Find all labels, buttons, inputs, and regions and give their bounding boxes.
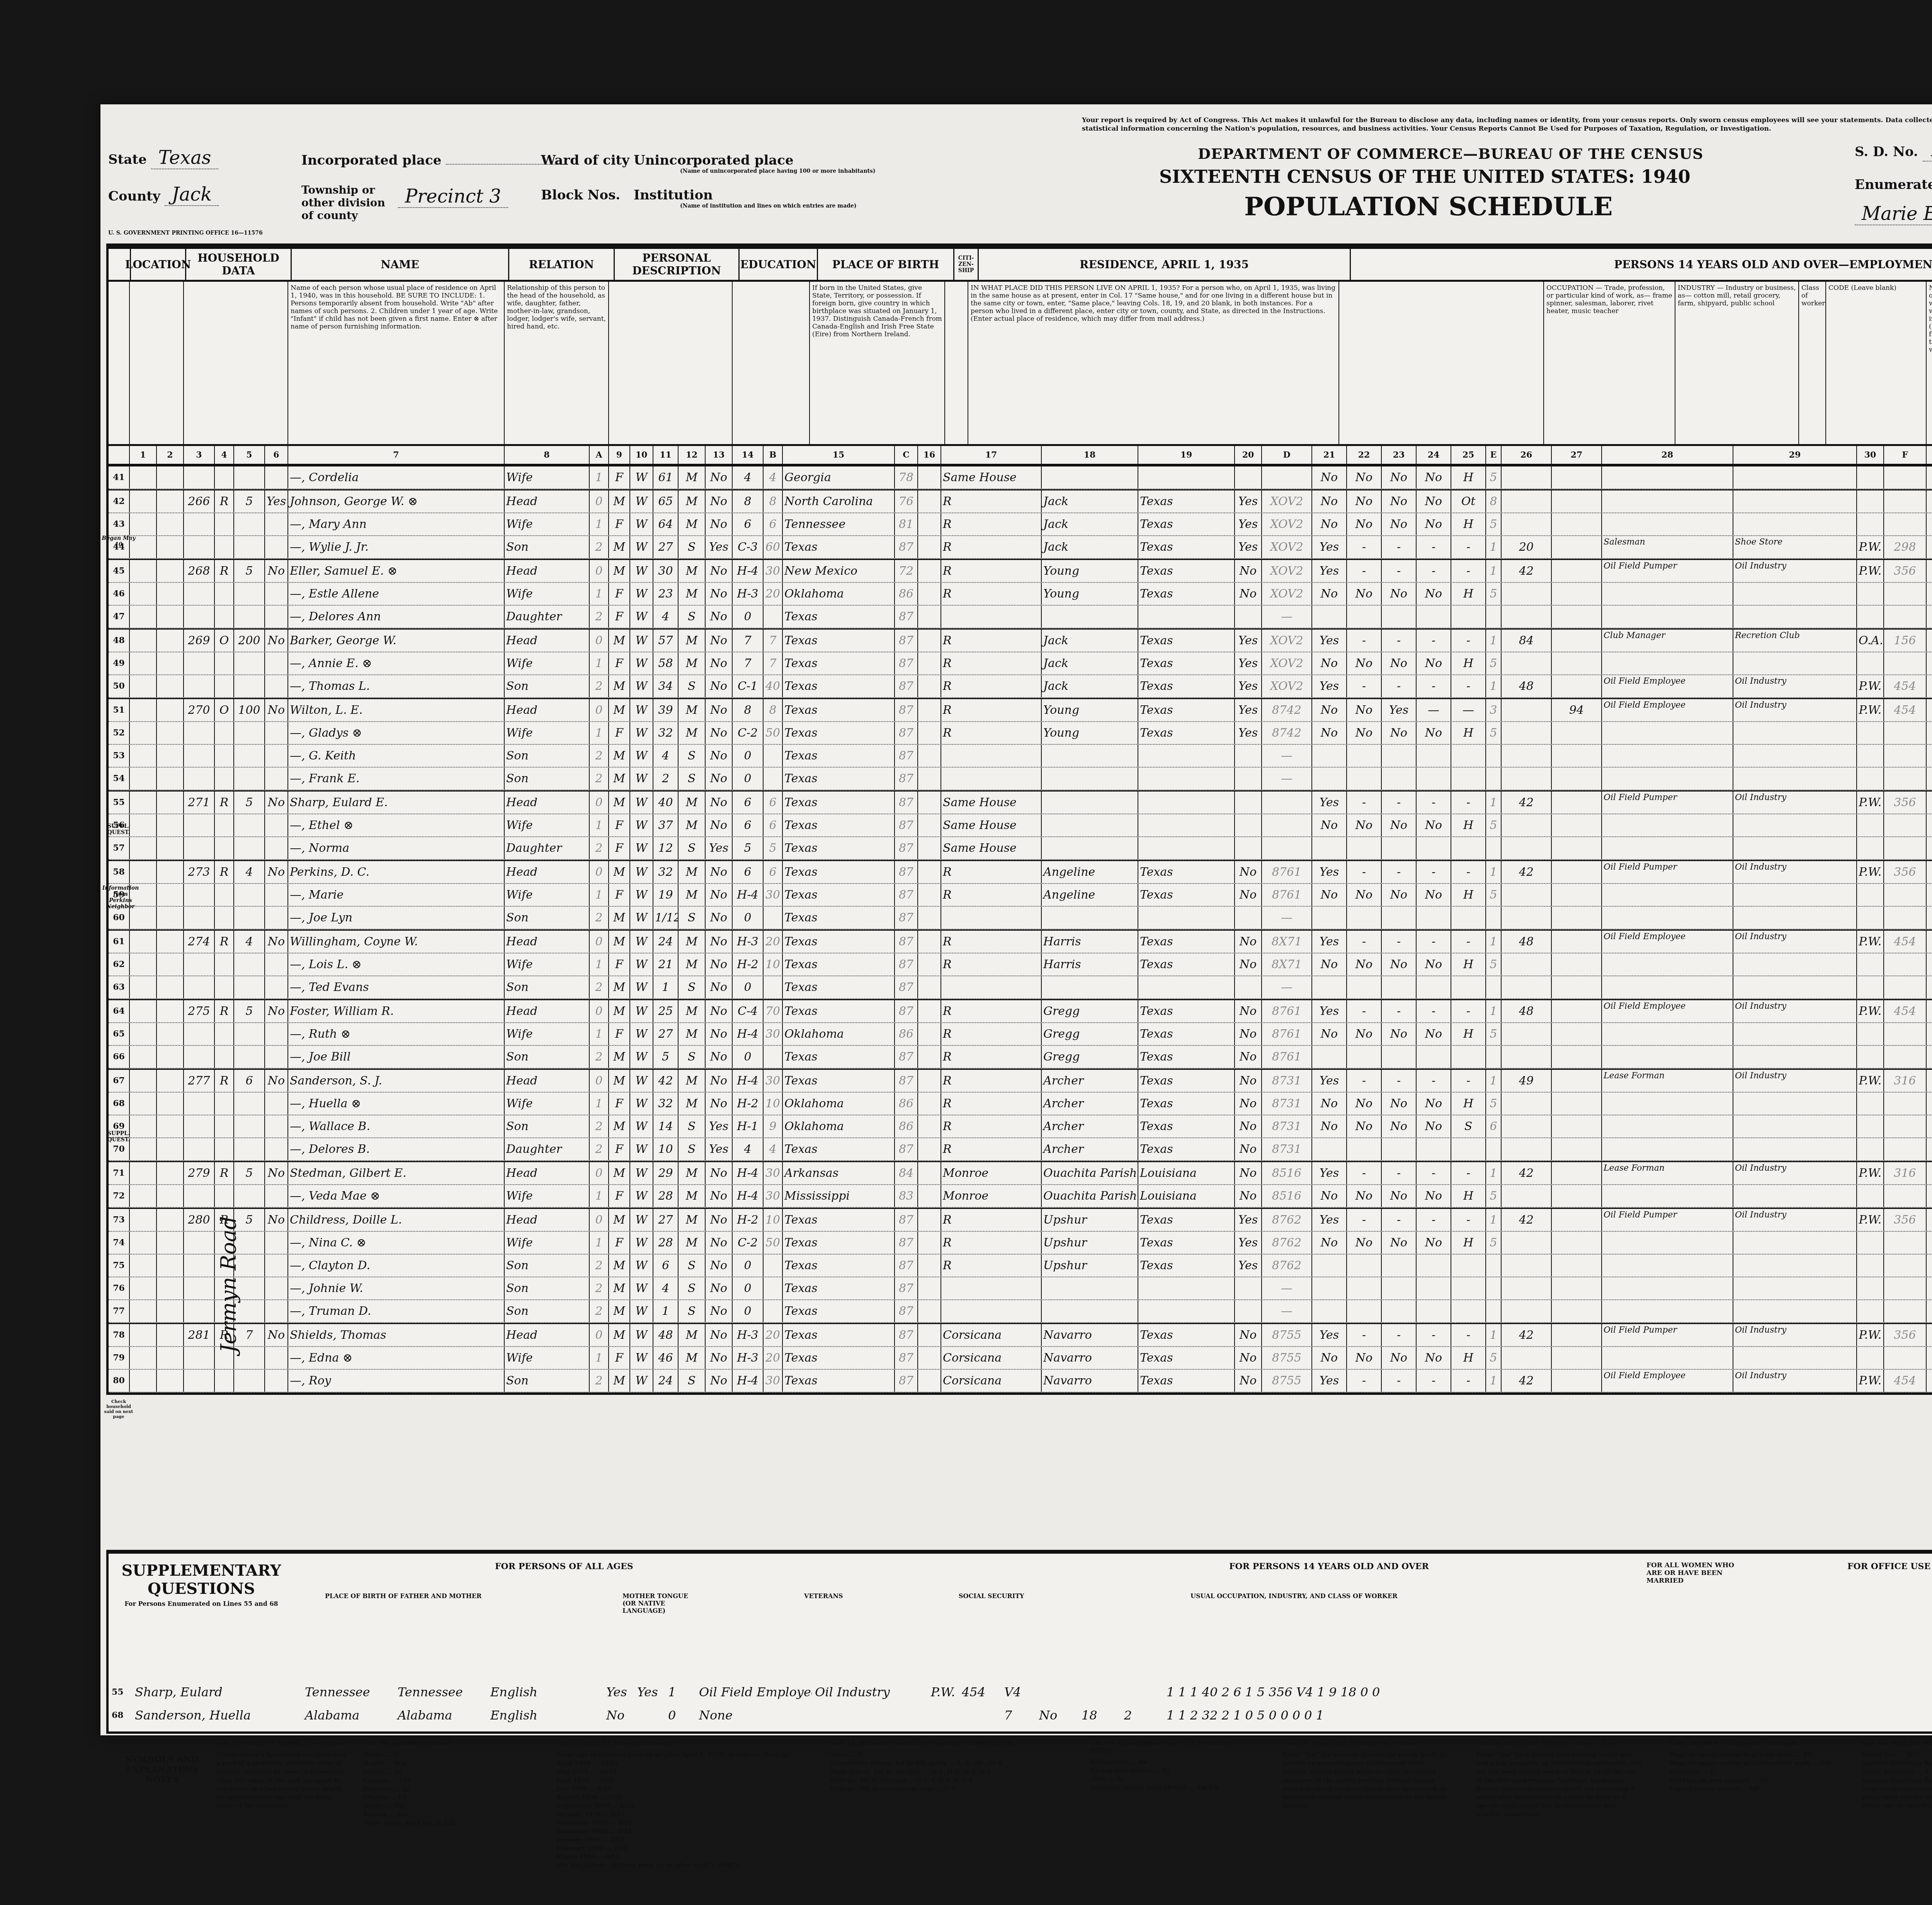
cell-bp-code: 87: [895, 652, 918, 674]
cell-line: 47: [109, 606, 130, 628]
note-item: Filipino ... Fil: [363, 1793, 533, 1801]
cell-res-city: R: [941, 1046, 1042, 1068]
cell-bp-code: 78: [895, 466, 918, 489]
cell-birthplace: New Mexico: [783, 560, 895, 582]
cell-class: [1857, 1138, 1884, 1160]
cell-race: W: [630, 931, 653, 953]
supp-cell-name: Sanderson, Huella: [132, 1704, 302, 1726]
cell-c25: S: [1451, 1115, 1486, 1137]
column-number: D: [1262, 446, 1312, 464]
cell-cit: [918, 1046, 941, 1068]
cell-c25: -: [1451, 560, 1486, 582]
cell-birthplace: Texas: [783, 1046, 895, 1068]
cell-res-code: —: [1262, 1300, 1312, 1322]
cell-c21: Yes: [1312, 1070, 1347, 1092]
cell-res-farm: Yes: [1235, 513, 1262, 535]
note-item: Naturalized ... Na: [1090, 1758, 1256, 1766]
cell-res-state: Texas: [1138, 884, 1235, 906]
cell-name: Perkins, D. C.: [288, 861, 505, 883]
cell-rel-code: 1: [590, 513, 609, 535]
cell-hours: [1502, 1277, 1552, 1299]
cell-c24: [1417, 837, 1451, 859]
cell-code2: [1927, 907, 1932, 929]
cell-unemp-weeks: [1552, 1115, 1602, 1137]
cell-c23: No: [1382, 1232, 1417, 1254]
cell-school: No: [706, 1255, 733, 1277]
cell-bp-code: 81: [895, 513, 918, 535]
note-item: October 1939 ... 5/12: [556, 1810, 804, 1818]
cell-relation: Wife: [505, 583, 590, 605]
margin-note-info-source: Information from Perkins Neighbor: [101, 885, 140, 910]
cell-code2: [1927, 490, 1932, 512]
cell-street: [130, 1185, 157, 1207]
note-item: Spanish-American War and World War ... S…: [1862, 1776, 1932, 1784]
cell-house: [157, 907, 184, 929]
supp-cell-name: Sharp, Eulard: [132, 1681, 302, 1703]
table-row: 50—, Thomas L.Son2MW34SNoC-140Texas87RJa…: [109, 675, 1932, 698]
cell-cit: [918, 907, 941, 929]
cell-code2: [1927, 768, 1932, 790]
cell-code1: [1884, 814, 1927, 836]
cell-house: [157, 1162, 184, 1184]
cell-birthplace: Oklahoma: [783, 583, 895, 605]
cell-sex: M: [609, 536, 630, 558]
cell-c24: [1417, 606, 1451, 628]
note-item: Alien ... Al: [1090, 1775, 1256, 1783]
cell-c24: No: [1417, 1232, 1451, 1254]
note-item: None ... 0: [831, 1750, 1070, 1759]
cell-marital: M: [679, 1209, 706, 1231]
cell-farm: No: [265, 699, 288, 721]
note-item: White ... W: [363, 1750, 533, 1759]
cell-bp-code: 87: [895, 1070, 918, 1092]
cell-age: 1: [653, 976, 679, 998]
cell-race: W: [630, 583, 653, 605]
institution-field: Institution (Name of institution and lin…: [634, 187, 857, 209]
cell-marital: M: [679, 490, 706, 512]
cell-bp-code: 87: [895, 1370, 918, 1392]
cell-birthplace: Texas: [783, 722, 895, 744]
cell-birthplace: Texas: [783, 837, 895, 859]
cell-house: [157, 1070, 184, 1092]
cell-tenure: O: [215, 630, 234, 652]
cell-c22: -: [1347, 536, 1382, 558]
cell-code1: 454: [1884, 931, 1927, 953]
cell-tenure: [215, 722, 234, 744]
supp-cell-code2: V4: [1001, 1681, 1036, 1703]
cell-name: —, Ethel ⊗: [288, 814, 505, 836]
cell-ed-code: 7: [764, 630, 783, 652]
cell-tenure: [215, 1370, 234, 1392]
cell-res-code: —: [1262, 606, 1312, 628]
cell-sex: M: [609, 560, 630, 582]
cell-name: —, Truman D.: [288, 1300, 505, 1322]
cell-visit: [184, 513, 215, 535]
cell-grade: 6: [733, 814, 764, 836]
cell-code1: [1884, 1185, 1927, 1207]
cell-sex: M: [609, 1000, 630, 1022]
cell-industry: [1733, 1277, 1857, 1299]
cell-street: [130, 630, 157, 652]
cell-code2: V4: [1927, 1162, 1932, 1184]
cell-c23: No: [1382, 1023, 1417, 1045]
cell-relation: Wife: [505, 1093, 590, 1115]
cell-class: [1857, 884, 1884, 906]
cell-line: 64: [109, 1000, 130, 1022]
cell-tenure: [215, 1185, 234, 1207]
note-col30: Cols. 30 and 47. CLASS OF WORKER: Wage o…: [1669, 1739, 1839, 1793]
cell-c25: H: [1451, 583, 1486, 605]
cell-relation: Son: [505, 1255, 590, 1277]
cell-house: [157, 1347, 184, 1369]
cell-unemp-weeks: [1552, 1162, 1602, 1184]
cell-c23: No: [1382, 652, 1417, 674]
cell-ed-code: 20: [764, 583, 783, 605]
cell-marital: S: [679, 536, 706, 558]
cell-occupation: Oil Field Employee: [1602, 1000, 1733, 1022]
supplementary-title: SUPPLEMENTARY QUESTIONS For Persons Enum…: [116, 1561, 286, 1607]
cell-ed-code: [764, 1046, 783, 1068]
cell-c24: [1417, 976, 1451, 998]
cell-c21: No: [1312, 1093, 1347, 1115]
cell-bp-code: 87: [895, 1255, 918, 1277]
cell-c24: [1417, 1300, 1451, 1322]
cell-c23: -: [1382, 1209, 1417, 1231]
cell-res-city: R: [941, 861, 1042, 883]
census-title: SIXTEENTH CENSUS OF THE UNITED STATES: 1…: [1159, 166, 1690, 187]
cell-name: —, Mary Ann: [288, 513, 505, 535]
cell-value: [234, 884, 265, 906]
cell-race: W: [630, 1347, 653, 1369]
cell-farm: No: [265, 1209, 288, 1231]
cell-age: 34: [653, 675, 679, 697]
cell-c21: No: [1312, 699, 1347, 721]
cell-res-city: R: [941, 1255, 1042, 1277]
cell-c23: [1382, 1255, 1417, 1277]
cell-code1: 156: [1884, 630, 1927, 652]
cell-cit: [918, 1370, 941, 1392]
cell-res-code: [1262, 837, 1312, 859]
cell-res-code: [1262, 466, 1312, 489]
cell-hours: 42: [1502, 1162, 1552, 1184]
cell-name: —, Estle Allene: [288, 583, 505, 605]
cell-unemp-weeks: [1552, 1277, 1602, 1299]
cell-res-code: 8731: [1262, 1115, 1312, 1137]
cell-cit: [918, 675, 941, 697]
cell-visit: [184, 1300, 215, 1322]
cell-race: W: [630, 1209, 653, 1231]
cell-marital: M: [679, 931, 706, 953]
cell-line: 53: [109, 745, 130, 767]
cell-class: [1857, 513, 1884, 535]
cell-res-city: R: [941, 699, 1042, 721]
cell-c23: -: [1382, 792, 1417, 814]
cell-birthplace: Texas: [783, 976, 895, 998]
cell-e-code: 1: [1486, 1070, 1502, 1092]
cell-e-code: 8: [1486, 490, 1502, 512]
cell-value: [234, 1046, 265, 1068]
supp-cell-usual-industry: Oil Industry: [812, 1681, 928, 1703]
table-row: 77—, Truman D.Son2MW1SNo0Texas87—77: [109, 1300, 1932, 1323]
cell-relation: Wife: [505, 1232, 590, 1254]
note-item: Unpaid family worker ... NP: [1669, 1784, 1839, 1793]
note-item: Negro ... Neg: [363, 1759, 533, 1767]
cell-c25: H: [1451, 1232, 1486, 1254]
cell-res-code: —: [1262, 745, 1312, 767]
cell-age: 14: [653, 1115, 679, 1137]
cell-unemp-weeks: [1552, 1138, 1602, 1160]
cell-c23: -: [1382, 861, 1417, 883]
cell-birthplace: Texas: [783, 630, 895, 652]
cell-sex: M: [609, 699, 630, 721]
cell-street: [130, 722, 157, 744]
cell-line: 50: [109, 675, 130, 697]
cell-grade: 0: [733, 768, 764, 790]
cell-marital: M: [679, 792, 706, 814]
cell-c22: [1347, 1046, 1382, 1068]
cell-c22: No: [1347, 583, 1382, 605]
cell-res-state: [1138, 466, 1235, 489]
cell-c22: No: [1347, 1232, 1382, 1254]
cell-line: 62: [109, 953, 130, 975]
cell-unemp-weeks: [1552, 1070, 1602, 1092]
cell-res-state: Texas: [1138, 1347, 1235, 1369]
cell-race: W: [630, 1255, 653, 1277]
cell-school: Yes: [706, 536, 733, 558]
cell-age: 23: [653, 583, 679, 605]
cell-marital: S: [679, 1370, 706, 1392]
cell-code2: [1927, 722, 1932, 744]
cell-relation: Wife: [505, 466, 590, 489]
cell-relation: Daughter: [505, 1138, 590, 1160]
cell-hours: [1502, 722, 1552, 744]
cell-c21: [1312, 1277, 1347, 1299]
cell-code1: [1884, 583, 1927, 605]
cell-bp-code: 87: [895, 1000, 918, 1022]
cell-race: W: [630, 536, 653, 558]
cell-age: 24: [653, 1370, 679, 1392]
cell-hours: 42: [1502, 1370, 1552, 1392]
cell-res-farm: No: [1235, 560, 1262, 582]
cell-street: [130, 1277, 157, 1299]
cell-bp-code: 87: [895, 837, 918, 859]
cell-c23: -: [1382, 1162, 1417, 1184]
cell-sex: M: [609, 1162, 630, 1184]
cell-res-county: [1042, 814, 1138, 836]
cell-industry: [1733, 884, 1857, 906]
cell-house: [157, 792, 184, 814]
cell-c24: -: [1417, 675, 1451, 697]
cell-value: [234, 1023, 265, 1045]
note-item: Wage or salary worker in Government work…: [1669, 1759, 1839, 1767]
note-item: Japanese ... Jp: [363, 1784, 533, 1793]
cell-house: [157, 630, 184, 652]
cell-res-city: R: [941, 583, 1042, 605]
cell-c25: [1451, 1255, 1486, 1277]
cell-res-code: —: [1262, 1277, 1312, 1299]
cell-race: W: [630, 861, 653, 883]
cell-bp-code: 87: [895, 630, 918, 652]
cell-e-code: 1: [1486, 536, 1502, 558]
cell-sex: F: [609, 722, 630, 744]
cell-res-farm: Yes: [1235, 722, 1262, 744]
cell-race: W: [630, 722, 653, 744]
cell-race: W: [630, 1277, 653, 1299]
cell-marital: M: [679, 1324, 706, 1346]
column-number: A: [590, 446, 609, 464]
cell-birthplace: Oklahoma: [783, 1093, 895, 1115]
cell-street: [130, 490, 157, 512]
cell-age: 42: [653, 1070, 679, 1092]
cell-marital: S: [679, 1255, 706, 1277]
cell-occupation: [1602, 768, 1733, 790]
note-col10: Col. 10. COLOR OR RACE: White ... WNegro…: [363, 1739, 533, 1827]
cell-ed-code: [764, 745, 783, 767]
cell-rel-code: 1: [590, 583, 609, 605]
cell-tenure: R: [215, 1162, 234, 1184]
table-row: 62—, Lois L. ⊗Wife1FW21MNoH-210Texas87RH…: [109, 953, 1932, 976]
cell-c22: [1347, 907, 1382, 929]
cell-relation: Son: [505, 1046, 590, 1068]
cell-class: [1857, 652, 1884, 674]
cell-unemp-weeks: [1552, 1023, 1602, 1045]
cell-rel-code: 0: [590, 861, 609, 883]
cell-age: 32: [653, 1093, 679, 1115]
cell-tenure: [215, 1093, 234, 1115]
cell-e-code: 1: [1486, 1370, 1502, 1392]
cell-unemp-weeks: [1552, 953, 1602, 975]
cell-res-state: Texas: [1138, 722, 1235, 744]
cell-name: —, Wylie J. Jr.: [288, 536, 505, 558]
cell-c25: Ot: [1451, 490, 1486, 512]
cell-code2: [1927, 606, 1932, 628]
cell-birthplace: Texas: [783, 1000, 895, 1022]
cell-c22: -: [1347, 1209, 1382, 1231]
cell-code1: 316: [1884, 1162, 1927, 1184]
cell-c21: No: [1312, 513, 1347, 535]
table-row: 42266R5YesJohnson, George W. ⊗Head0MW65M…: [109, 489, 1932, 513]
cell-code2: [1927, 513, 1932, 535]
cell-age: 21: [653, 953, 679, 975]
township-field: Precinct 3: [398, 186, 508, 207]
cell-cit: [918, 1324, 941, 1346]
cell-school: No: [706, 630, 733, 652]
cell-c24: -: [1417, 1162, 1451, 1184]
cell-sex: M: [609, 1300, 630, 1322]
cell-hours: [1502, 1115, 1552, 1137]
cell-c23: No: [1382, 1093, 1417, 1115]
cell-sex: F: [609, 1023, 630, 1045]
cell-race: W: [630, 630, 653, 652]
cell-c23: [1382, 745, 1417, 767]
table-row: 76—, Johnie W.Son2MW4SNo0Texas87—76: [109, 1277, 1932, 1300]
cell-code2: V4: [1927, 861, 1932, 883]
cell-ed-code: [764, 1300, 783, 1322]
cell-hours: [1502, 1232, 1552, 1254]
cell-ed-code: 30: [764, 1162, 783, 1184]
cell-line: 48: [109, 630, 130, 652]
cell-grade: H-4: [733, 884, 764, 906]
cell-e-code: 5: [1486, 1023, 1502, 1045]
cell-industry: [1733, 466, 1857, 489]
cell-tenure: [215, 768, 234, 790]
cell-res-code: 8742: [1262, 722, 1312, 744]
cell-line: 63: [109, 976, 130, 998]
cell-res-county: Jack: [1042, 675, 1138, 697]
cell-occupation: [1602, 1046, 1733, 1068]
cell-cit: [918, 513, 941, 535]
supp-cell-code2: 7: [1001, 1704, 1036, 1726]
cell-race: W: [630, 466, 653, 489]
cell-res-city: R: [941, 675, 1042, 697]
cell-res-code: 8755: [1262, 1324, 1312, 1346]
cell-hours: 42: [1502, 861, 1552, 883]
cell-age: 57: [653, 630, 679, 652]
cell-code2: V4: [1927, 1000, 1932, 1022]
supplementary-row: 55Sharp, EulardTennesseeTennesseeEnglish…: [109, 1681, 1932, 1703]
cell-name: Sharp, Eulard E.: [288, 792, 505, 814]
cell-res-state: [1138, 1300, 1235, 1322]
suppl-quest-left-55: SUPPL. QUEST.: [101, 823, 136, 836]
cell-marital: M: [679, 1347, 706, 1369]
cell-race: W: [630, 1046, 653, 1068]
cell-age: 29: [653, 1162, 679, 1184]
cell-cit: [918, 722, 941, 744]
cell-bp-code: 87: [895, 722, 918, 744]
cell-res-code: 8761: [1262, 1023, 1312, 1045]
cell-c21: No: [1312, 1115, 1347, 1137]
cell-tenure: [215, 976, 234, 998]
cell-code1: [1884, 837, 1927, 859]
cell-occupation: [1602, 1255, 1733, 1277]
cell-c25: [1451, 1277, 1486, 1299]
cell-race: W: [630, 745, 653, 767]
note-item: April 1939 ... 11/12: [556, 1759, 804, 1767]
cell-res-code: 8516: [1262, 1185, 1312, 1207]
cell-cit: [918, 1138, 941, 1160]
cell-marital: M: [679, 1070, 706, 1092]
cell-bp-code: 87: [895, 907, 918, 929]
cell-res-city: R: [941, 1232, 1042, 1254]
cell-name: —, Marie: [288, 884, 505, 906]
cell-res-county: Young: [1042, 722, 1138, 744]
cell-name: —, Cordelia: [288, 466, 505, 489]
cell-value: 100: [234, 699, 265, 721]
cell-c24: No: [1417, 1023, 1451, 1045]
cell-c22: [1347, 837, 1382, 859]
cell-code2: V4: [1927, 1370, 1932, 1392]
cell-res-county: Archer: [1042, 1093, 1138, 1115]
cell-occupation: [1602, 814, 1733, 836]
cell-value: [234, 583, 265, 605]
cell-relation: Son: [505, 536, 590, 558]
cell-marital: S: [679, 1300, 706, 1322]
block-field: Block Nos.: [541, 187, 620, 203]
cell-farm: [265, 513, 288, 535]
table-row: 45268R5NoEller, Samuel E. ⊗Head0MW30MNoH…: [109, 559, 1932, 583]
cell-farm: [265, 907, 288, 929]
column-number: 10: [630, 446, 653, 464]
cell-res-city: R: [941, 536, 1042, 558]
cell-unemp-weeks: [1552, 536, 1602, 558]
cell-code1: [1884, 1255, 1927, 1277]
cell-value: [234, 976, 265, 998]
cell-tenure: R: [215, 490, 234, 512]
cell-street: [130, 1255, 157, 1277]
cell-street: [130, 1023, 157, 1045]
cell-value: [234, 675, 265, 697]
cell-hours: 48: [1502, 1000, 1552, 1022]
